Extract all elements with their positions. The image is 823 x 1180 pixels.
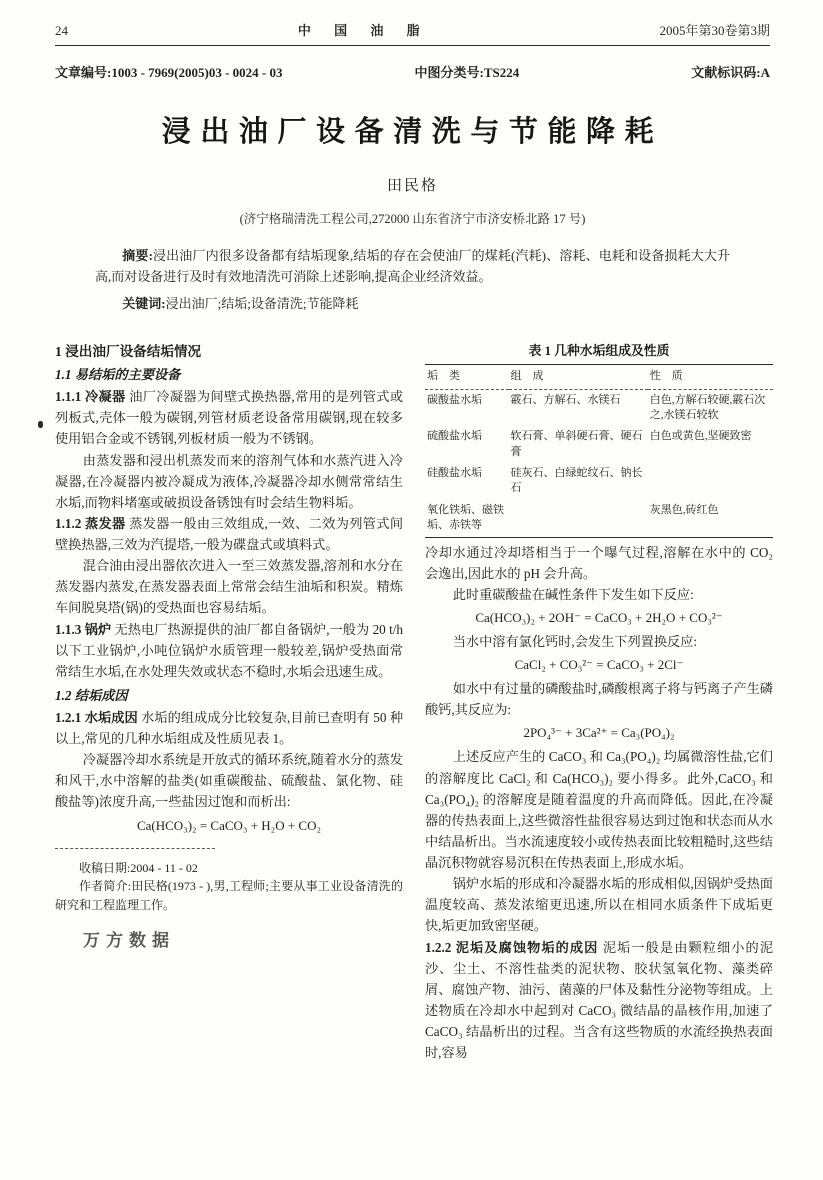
paragraph-evaporator-2: 混合油由浸出器依次进入一至三效蒸发器,溶剂和水分在蒸发器内蒸发,在蒸发器表面上常… bbox=[55, 555, 403, 618]
table-row: 氧化铁垢、磁铁垢、赤铁等 灰黑色,砖红色 bbox=[425, 500, 773, 537]
cell-property: 灰黑色,砖红色 bbox=[648, 500, 773, 537]
paragraph-1-2-2: 1.2.2 泥垢及腐蚀物垢的成因 泥垢一般是由颗粒细小的泥沙、尘土、不溶性盐类的… bbox=[425, 937, 773, 1064]
table-row: 硫酸盐水垢 软石膏、单斜硬石膏、硬石膏 白色或黄色,坚硬致密 bbox=[425, 426, 773, 463]
run-in-heading: 1.2.2 泥垢及腐蚀物垢的成因 bbox=[425, 940, 598, 955]
journal-title: 中 国 油 脂 bbox=[298, 20, 430, 39]
page-title: 浸出油厂设备清洗与节能降耗 bbox=[55, 109, 770, 150]
paragraph-reaction-intro-1: 此时重碳酸盐在碱性条件下发生如下反应: bbox=[425, 584, 773, 605]
cell-composition bbox=[509, 500, 648, 537]
right-column: 表 1 几种水垢组成及性质 垢 类 组 成 性 质 碳酸盐水垢 霰石、方解石、水… bbox=[425, 340, 773, 1063]
paragraph-solubility: 上述反应产生的 CaCO₃ 和 Ca₃(PO₄)₂ 均属微溶性盐,它们的溶解度比… bbox=[425, 746, 773, 873]
wanfang-watermark: 万方数据 bbox=[55, 926, 403, 951]
cell-property: 白色或黄色,坚硬致密 bbox=[648, 426, 773, 463]
cell-property: 白色,方解石较硬,霰石次之,水镁石较软 bbox=[648, 389, 773, 426]
cell-scale-type: 硅酸盐水垢 bbox=[425, 463, 509, 500]
run-in-heading: 1.2.1 水垢成因 bbox=[55, 710, 138, 725]
keywords-text: 浸出油厂;结垢;设备清洗;节能降耗 bbox=[166, 296, 359, 311]
paragraph-1-1-2: 1.1.2 蒸发器 蒸发器一般由三效组成,一效、二效为列管式间壁换热器,三效为汽… bbox=[55, 513, 403, 555]
abstract-label: 摘要: bbox=[122, 248, 153, 263]
run-in-heading: 1.1.3 锅炉 bbox=[55, 622, 111, 637]
table-header-row: 垢 类 组 成 性 质 bbox=[425, 365, 773, 389]
paragraph-1-1-3: 1.1.3 锅炉 无热电厂热源提供的油厂都自备锅炉,一般为 20 t/h 以下工… bbox=[55, 619, 403, 682]
column-header-composition: 组 成 bbox=[509, 365, 648, 389]
paragraph-boiler-scale: 锅炉水垢的形成和冷凝器水垢的形成相似,因锅炉受热面温度较高、蒸发浓缩更迅速,所以… bbox=[425, 873, 773, 936]
keywords: 关键词:浸出油厂;结垢;设备清洗;节能降耗 bbox=[95, 293, 730, 314]
cell-composition: 硅灰石、白绿蛇纹石、钠长石 bbox=[509, 463, 648, 500]
cell-composition: 软石膏、单斜硬石膏、硬石膏 bbox=[509, 426, 648, 463]
scan-artifact-dot bbox=[38, 421, 43, 428]
paragraph-text: 泥垢一般是由颗粒细小的泥沙、尘土、不溶性盐类的泥状物、胶状氢氧化物、藻类碎屑、腐… bbox=[425, 940, 773, 1061]
cell-scale-type: 碳酸盐水垢 bbox=[425, 389, 509, 426]
abstract: 摘要:浸出油厂内很多设备都有结垢现象,结垢的存在会使油厂的煤耗(汽耗)、溶耗、电… bbox=[95, 245, 730, 287]
author-affiliation: (济宁格瑞清洗工程公司,272000 山东省济宁市济安桥北路 17 号) bbox=[55, 209, 770, 227]
table-row: 碳酸盐水垢 霰石、方解石、水镁石 白色,方解石较硬,霰石次之,水镁石较软 bbox=[425, 389, 773, 426]
footnote-divider bbox=[55, 848, 215, 849]
chemical-formula-1: Ca(HCO₃)₂ = CaCO₃ + H₂O + CO₂ bbox=[55, 818, 403, 834]
author-bio: 作者简介:田民格(1973 - ),男,工程师;主要从事工业设备清洗的研究和工程… bbox=[55, 877, 403, 914]
abstract-text: 浸出油厂内很多设备都有结垢现象,结垢的存在会使油厂的煤耗(汽耗)、溶耗、电耗和设… bbox=[95, 248, 730, 284]
section-1-2-heading: 1.2 结垢成因 bbox=[55, 685, 403, 704]
keywords-label: 关键词: bbox=[122, 296, 165, 311]
document-code: 文献标识码:A bbox=[691, 62, 770, 81]
paragraph-1-2-1: 1.2.1 水垢成因 水垢的组成成分比较复杂,目前已查明有 50 种以上,常见的… bbox=[55, 707, 403, 749]
paragraph-cooling-tower: 冷却水通过冷却塔相当于一个曝气过程,溶解在水中的 CO₂ 会逸出,因此水的 pH… bbox=[425, 542, 773, 584]
paragraph-condenser-2: 由蒸发器和浸出机蒸发而来的溶剂气体和水蒸汽进入冷凝器,在冷凝器内被冷凝成为液体,… bbox=[55, 450, 403, 513]
paragraph-cooling-system: 冷凝器冷却水系统是开放式的循环系统,随着水分的蒸发和风干,水中溶解的盐类(如重碳… bbox=[55, 749, 403, 812]
clc-number: 中图分类号:TS224 bbox=[415, 62, 520, 81]
author-name: 田民格 bbox=[55, 174, 770, 195]
article-meta-row: 文章编号:1003 - 7969(2005)03 - 0024 - 03 中图分… bbox=[55, 62, 770, 81]
scale-composition-table: 垢 类 组 成 性 质 碳酸盐水垢 霰石、方解石、水镁石 白色,方解石较硬,霰石… bbox=[425, 364, 773, 538]
chemical-formula-3: CaCl₂ + CO₃²⁻ = CaCO₃ + 2Cl⁻ bbox=[425, 657, 773, 673]
run-in-heading: 1.1.2 蒸发器 bbox=[55, 516, 126, 531]
cell-scale-type: 氧化铁垢、磁铁垢、赤铁等 bbox=[425, 500, 509, 537]
paper-page: 24 中 国 油 脂 2005年第30卷第3期 文章编号:1003 - 7969… bbox=[0, 0, 823, 1063]
table-1-caption: 表 1 几种水垢组成及性质 bbox=[425, 340, 773, 359]
article-body: 1 浸出油厂设备结垢情况 1.1 易结垢的主要设备 1.1.1 冷凝器 油厂冷凝… bbox=[55, 340, 770, 1063]
section-1-heading: 1 浸出油厂设备结垢情况 bbox=[55, 340, 403, 360]
table-row: 硅酸盐水垢 硅灰石、白绿蛇纹石、钠长石 bbox=[425, 463, 773, 500]
left-column: 1 浸出油厂设备结垢情况 1.1 易结垢的主要设备 1.1.1 冷凝器 油厂冷凝… bbox=[55, 340, 403, 1063]
cell-composition: 霰石、方解石、水镁石 bbox=[509, 389, 648, 426]
received-date: 收稿日期:2004 - 11 - 02 bbox=[55, 859, 403, 878]
cell-property bbox=[648, 463, 773, 500]
journal-header: 24 中 国 油 脂 2005年第30卷第3期 bbox=[55, 20, 770, 46]
section-1-1-heading: 1.1 易结垢的主要设备 bbox=[55, 364, 403, 383]
cell-scale-type: 硫酸盐水垢 bbox=[425, 426, 509, 463]
run-in-heading: 1.1.1 冷凝器 bbox=[55, 389, 126, 404]
page-number: 24 bbox=[55, 23, 68, 39]
chemical-formula-4: 2PO₄³⁻ + 3Ca²⁺ = Ca₃(PO₄)₂ bbox=[425, 725, 773, 741]
column-header-property: 性 质 bbox=[648, 365, 773, 389]
paragraph-reaction-intro-2: 当水中溶有氯化钙时,会发生下列置换反应: bbox=[425, 631, 773, 652]
column-header-scale-type: 垢 类 bbox=[425, 365, 509, 389]
chemical-formula-2: Ca(HCO₃)₂ + 2OH⁻ = CaCO₃ + 2H₂O + CO₃²⁻ bbox=[425, 610, 773, 626]
paragraph-reaction-intro-3: 如水中有过量的磷酸盐时,磷酸根离子将与钙离子产生磷酸钙,其反应为: bbox=[425, 678, 773, 720]
issue-info: 2005年第30卷第3期 bbox=[659, 20, 770, 39]
footnote-block: 收稿日期:2004 - 11 - 02 作者简介:田民格(1973 - ),男,… bbox=[55, 859, 403, 915]
paragraph-1-1-1: 1.1.1 冷凝器 油厂冷凝器为间壁式换热器,常用的是列管式或列板式,壳体一般为… bbox=[55, 386, 403, 449]
article-number: 文章编号:1003 - 7969(2005)03 - 0024 - 03 bbox=[55, 62, 282, 81]
